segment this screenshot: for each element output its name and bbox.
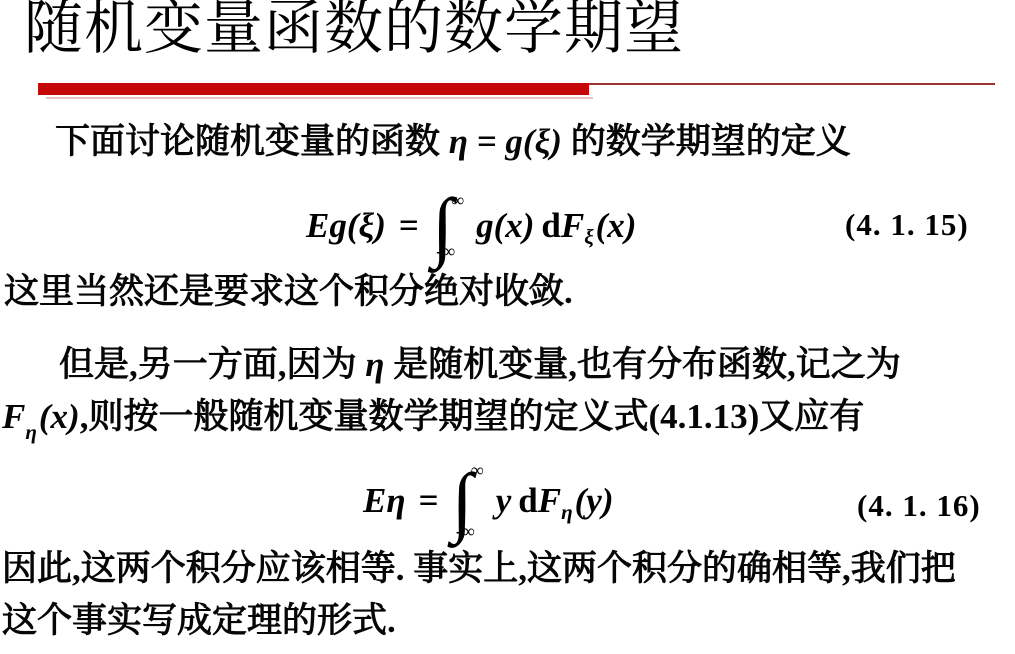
paragraph-6: 这个事实写成定理的形式. bbox=[2, 600, 396, 642]
integral-lower-limit: -∞ bbox=[456, 522, 484, 540]
distribution-function: F bbox=[561, 206, 584, 246]
function-argument: (x) bbox=[596, 206, 637, 246]
title-rule-thick bbox=[38, 83, 589, 95]
paragraph-3-post: 是随机变量,也有分布函数,记之为 bbox=[384, 345, 900, 384]
inline-math-F-subscript: η bbox=[25, 420, 37, 444]
equation-4-1-15: Eg(ξ) = ∫ ∞ -∞ g(x) d F ξ (x) (4. 1. 15) bbox=[0, 188, 1015, 264]
paragraph-2: 这里当然还是要求这个积分绝对收敛. bbox=[4, 271, 573, 313]
slide: 随机变量函数的数学期望 下面讨论随机变量的函数 η = g(ξ) 的数学期望的定… bbox=[0, 0, 1015, 654]
paragraph-3-pre: 但是,另一方面,因为 bbox=[59, 345, 365, 384]
integral-limits: ∞ -∞ bbox=[473, 458, 484, 544]
integral-upper-limit: ∞ bbox=[451, 191, 464, 209]
function-argument: (y) bbox=[575, 481, 614, 521]
integral: ∫ ∞ -∞ bbox=[452, 458, 484, 544]
integral: ∫ ∞ -∞ bbox=[432, 188, 464, 264]
differential-d: d bbox=[518, 481, 537, 521]
equation-1-formula: Eg(ξ) = ∫ ∞ -∞ g(x) d F ξ (x) bbox=[306, 188, 636, 264]
equation-4-1-16: Eη = ∫ ∞ -∞ y d F η (y) (4. 1. 16) bbox=[0, 458, 1015, 544]
equation-2-number: (4. 1. 16) bbox=[857, 488, 981, 524]
paragraph-1-post: 的数学期望的定义 bbox=[562, 122, 851, 161]
equals-sign: = bbox=[419, 481, 439, 521]
paragraph-1-pre: 下面讨论随机变量的函数 bbox=[55, 122, 449, 161]
inline-math-eta: η bbox=[365, 345, 384, 384]
equation-2-lhs: Eη bbox=[363, 481, 406, 521]
paragraph-5: 因此,这两个积分应该相等. 事实上,这两个积分的确相等,我们把 bbox=[2, 548, 956, 590]
differential-d: d bbox=[541, 206, 560, 246]
page-title: 随机变量函数的数学期望 bbox=[24, 0, 684, 64]
paragraph-1: 下面讨论随机变量的函数 η = g(ξ) 的数学期望的定义 bbox=[55, 121, 851, 163]
paragraph-4: Fη(x),则按一般随机变量数学期望的定义式(4.1.13)又应有 bbox=[2, 396, 864, 438]
inline-math-F-arg: (x) bbox=[39, 397, 80, 436]
equals-sign: = bbox=[399, 206, 419, 246]
integral-lower-limit: -∞ bbox=[436, 242, 464, 260]
paragraph-4-post: ,则按一般随机变量数学期望的定义式(4.1.13)又应有 bbox=[80, 397, 865, 436]
function-subscript: ξ bbox=[584, 225, 593, 250]
equation-1-lhs: Eg(ξ) bbox=[306, 206, 386, 246]
function-subscript: η bbox=[561, 500, 573, 525]
equation-2-integrand: y bbox=[496, 481, 512, 521]
equation-2-formula: Eη = ∫ ∞ -∞ y d F η (y) bbox=[363, 458, 614, 544]
paragraph-3: 但是,另一方面,因为 η 是随机变量,也有分布函数,记之为 bbox=[59, 344, 901, 386]
equation-1-integrand: g(x) bbox=[476, 206, 534, 246]
inline-math-eta-gxi: η = g(ξ) bbox=[449, 122, 562, 161]
distribution-function: F bbox=[538, 481, 561, 521]
integral-upper-limit: ∞ bbox=[471, 461, 484, 479]
title-rule-shadow bbox=[46, 97, 593, 99]
integral-limits: ∞ -∞ bbox=[453, 188, 464, 264]
equation-1-number: (4. 1. 15) bbox=[845, 207, 969, 243]
inline-math-F: F bbox=[2, 397, 25, 436]
